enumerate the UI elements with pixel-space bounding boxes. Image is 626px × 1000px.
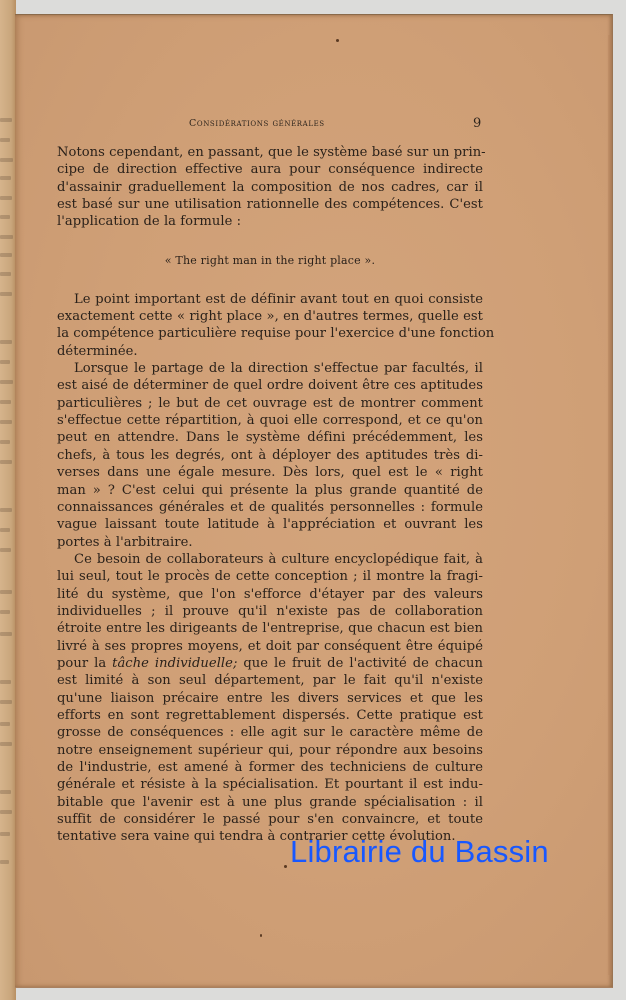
- paper-speck: [336, 39, 339, 42]
- text-line: est aisé de déterminer de quel ordre doi…: [57, 377, 483, 394]
- ghost-text-line: [0, 810, 12, 814]
- ghost-text-line: [0, 215, 10, 219]
- text-line: générale et résiste à la spécialisation.…: [57, 776, 483, 793]
- paragraph-4: Ce besoin de collaborateurs à culture en…: [57, 551, 483, 846]
- ghost-text-line: [0, 380, 13, 384]
- page-number: 9: [473, 116, 481, 131]
- ghost-text-line: [0, 680, 11, 684]
- paragraph-3: Lorsque le partage de la direction s'eff…: [57, 360, 483, 551]
- ghost-text-line: [0, 722, 10, 726]
- ghost-text-line: [0, 632, 12, 636]
- text-line-with-italic: pour la tâche individuelle; que le fruit…: [57, 655, 483, 672]
- text-line: livré à ses propres moyens, et doit par …: [57, 638, 483, 655]
- text-line: portes à l'arbitraire.: [57, 534, 483, 551]
- ghost-text-line: [0, 460, 12, 464]
- ghost-text-line: [0, 196, 12, 200]
- text-fragment: que le fruit de l'activité de chacun: [237, 656, 483, 671]
- text-line: suffit de considérer le passé pour s'en …: [57, 811, 483, 828]
- text-line: la compétence particulière requise pour …: [57, 325, 483, 342]
- ghost-text-line: [0, 138, 10, 142]
- text-line: cipe de direction effective aura pour co…: [57, 161, 483, 178]
- page-edge-stack: [608, 35, 612, 975]
- text-line: de l'industrie, est amené à former des t…: [57, 759, 483, 776]
- text-line: Lorsque le partage de la direction s'eff…: [57, 360, 483, 377]
- ghost-text-line: [0, 528, 10, 532]
- text-line: est basé sur une utilisation rationnelle…: [57, 196, 483, 213]
- text-line: chefs, à tous les degrés, ont à déployer…: [57, 447, 483, 464]
- paper-speck: [284, 865, 287, 868]
- running-header: Considérations générales 9: [0, 118, 626, 134]
- seller-watermark: Librairie du Bassin: [290, 834, 549, 870]
- italic-emphasis: tâche individuelle;: [112, 656, 237, 671]
- text-line: grosse de conséquences : elle agit sur l…: [57, 724, 483, 741]
- text-line: vague laissant toute latitude à l'appréc…: [57, 516, 483, 533]
- ghost-text-line: [0, 292, 12, 296]
- ghost-text-line: [0, 742, 12, 746]
- ghost-text-line: [0, 272, 11, 276]
- text-line: étroite entre les dirigeants de l'entrep…: [57, 620, 483, 637]
- text-line: notre enseignement supérieur qui, pour r…: [57, 742, 483, 759]
- ghost-text-line: [0, 700, 12, 704]
- text-line: exactement cette « right place », en d'a…: [57, 308, 483, 325]
- ghost-text-line: [0, 235, 13, 239]
- text-line: est limité à son seul département, par l…: [57, 672, 483, 689]
- paper-speck: [260, 934, 262, 937]
- text-line: Ce besoin de collaborateurs à culture en…: [57, 551, 483, 568]
- text-line: lité du système, que l'on s'efforce d'ét…: [57, 586, 483, 603]
- text-line: déterminée.: [57, 343, 483, 360]
- ghost-text-line: [0, 176, 11, 180]
- text-line: Le point important est de définir avant …: [57, 291, 483, 308]
- ghost-text-line: [0, 440, 10, 444]
- paragraph-1: Notons cependant, en passant, que le sys…: [57, 144, 483, 231]
- text-line: peut en attendre. Dans le système défini…: [57, 429, 483, 446]
- text-line: individuelles ; il prouve qu'il n'existe…: [57, 603, 483, 620]
- ghost-text-line: [0, 400, 11, 404]
- ghost-text-line: [0, 420, 12, 424]
- ghost-text-line: [0, 860, 9, 864]
- text-line: d'assainir graduellement la composition …: [57, 179, 483, 196]
- paragraph-2: Le point important est de définir avant …: [57, 291, 483, 360]
- ghost-text-line: [0, 590, 12, 594]
- ghost-text-line: [0, 340, 12, 344]
- ghost-text-line: [0, 548, 11, 552]
- text-line: Notons cependant, en passant, que le sys…: [57, 144, 483, 161]
- text-fragment: pour la: [57, 656, 112, 671]
- text-line: efforts en sont regrettablement dispersé…: [57, 707, 483, 724]
- text-line: lui seul, tout le procès de cette concep…: [57, 568, 483, 585]
- text-line: connaissances générales et de qualités p…: [57, 499, 483, 516]
- text-line: man » ? C'est celui qui présente la plus…: [57, 482, 483, 499]
- text-line: qu'une liaison précaire entre les divers…: [57, 690, 483, 707]
- ghost-text-line: [0, 508, 12, 512]
- running-header-title: Considérations générales: [189, 118, 325, 129]
- ghost-text-line: [0, 790, 11, 794]
- ghost-text-line: [0, 158, 13, 162]
- ghost-text-line: [0, 610, 10, 614]
- text-line: s'effectue cette répartition, à quoi ell…: [57, 412, 483, 429]
- text-line: particulières ; le but de cet ouvrage es…: [57, 395, 483, 412]
- adjacent-page-edge: [0, 0, 16, 1000]
- ghost-text-line: [0, 832, 10, 836]
- text-line: l'application de la formule :: [57, 213, 483, 230]
- ghost-text-line: [0, 253, 12, 257]
- text-line: verses dans une égale mesure. Dès lors, …: [57, 464, 483, 481]
- ghost-text-line: [0, 360, 10, 364]
- body-text: Notons cependant, en passant, que le sys…: [57, 144, 483, 846]
- text-line: bitable que l'avenir est à une plus gran…: [57, 794, 483, 811]
- block-quote: « The right man in the right place ».: [57, 252, 483, 269]
